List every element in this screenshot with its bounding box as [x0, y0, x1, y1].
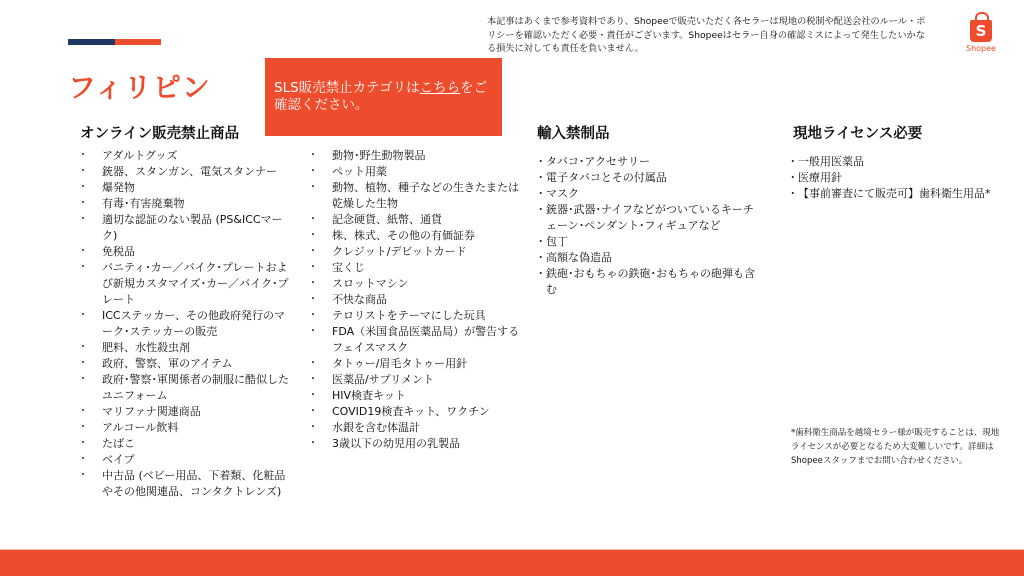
- license-footnote: *歯科衛生商品を越境セラー様が販売することは、現地ライセンスが必要となるため大変…: [791, 426, 1006, 468]
- list-item: 高額な偽造品: [540, 250, 755, 266]
- list-item: たばこ: [80, 436, 290, 452]
- notice-prefix: SLS販売禁止カテゴリは: [274, 80, 420, 96]
- list-item: 政府、警察、軍のアイテム: [80, 356, 290, 372]
- list-item: 医療用針: [792, 170, 1017, 186]
- list-item: 政府･警察･軍関係者の制服に酷似したユニフォーム: [80, 372, 290, 404]
- list-item: 鉄砲･おもちゃの鉄砲･おもちゃの砲弾も含む: [540, 266, 755, 298]
- list-item: タバコ･アクセサリー: [540, 154, 755, 170]
- list-item: 有毒･有害廃棄物: [80, 196, 290, 212]
- list-item: 爆発物: [80, 180, 290, 196]
- list-item: ベイプ: [80, 452, 290, 468]
- disclaimer-text: 本記事はあくまで参考資料であり、Shopeeで販売いただく各セラーは現地の税制や…: [487, 15, 927, 56]
- list-item: マスク: [540, 186, 755, 202]
- list-item: 動物、植物、種子などの生きたまたは乾燥した生物: [310, 180, 525, 212]
- heading-local-license: 現地ライセンス必要: [793, 122, 922, 143]
- list-item: 動物･野生動物製品: [310, 148, 525, 164]
- heading-import-prohibited: 輸入禁制品: [537, 122, 610, 143]
- list-item: 電子タバコとその付属品: [540, 170, 755, 186]
- accent-bar-navy: [68, 39, 115, 45]
- list-item: 一般用医薬品: [792, 154, 1017, 170]
- list-item: 記念硬貨、紙幣、通貨: [310, 212, 525, 228]
- list-item: 銃器･武器･ナイフなどがついているキーチェーン･ペンダント･フィギュアなど: [540, 202, 755, 234]
- list-item: 【事前審査にて販売可】歯科衛生用品*: [792, 186, 1017, 202]
- list-item: アダルトグッズ: [80, 148, 290, 164]
- list-item: 免税品: [80, 244, 290, 260]
- list-item: マリファナ関連商品: [80, 404, 290, 420]
- list-item: 医薬品/サプリメント: [310, 372, 525, 388]
- logo-glyph: S: [976, 22, 987, 40]
- shopping-bag-icon: S: [970, 20, 992, 42]
- shopee-logo: S Shopee: [966, 13, 996, 53]
- list-item: スロットマシン: [310, 276, 525, 292]
- list-item: ICCステッカー、その他政府発行のマーク･ステッカーの販売: [80, 308, 290, 340]
- list-item: タトゥー/眉毛タトゥー用針: [310, 356, 525, 372]
- heading-online-prohibited: オンライン販売禁止商品: [80, 122, 239, 143]
- list-item: COVID19検査キット、ワクチン: [310, 404, 525, 420]
- list-item: 肥料、水性殺虫剤: [80, 340, 290, 356]
- local-license-list: 一般用医薬品 医療用針 【事前審査にて販売可】歯科衛生用品*: [792, 154, 1017, 202]
- accent-bar: [68, 39, 161, 45]
- list-item: 株、株式、その他の有価証券: [310, 228, 525, 244]
- online-prohibited-list-2: 動物･野生動物製品 ペット用薬 動物、植物、種子などの生きたまたは乾燥した生物 …: [310, 148, 525, 452]
- list-item: 包丁: [540, 234, 755, 250]
- sls-notice-box: SLS販売禁止カテゴリはこちらをご確認ください。: [265, 58, 502, 136]
- list-item: 適切な認証のない製品 (PS&ICCマーク): [80, 212, 290, 244]
- page-title: フィリピン: [68, 66, 211, 106]
- accent-bar-orange: [115, 39, 162, 45]
- list-item: アルコール飲料: [80, 420, 290, 436]
- list-item: テロリストをテーマにした玩具: [310, 308, 525, 324]
- list-item: FDA（米国食品医薬品局）が警告するフェイスマスク: [310, 324, 525, 356]
- notice-link[interactable]: こちら: [420, 80, 461, 96]
- footer-bar: [0, 549, 1024, 576]
- import-prohibited-list: タバコ･アクセサリー 電子タバコとその付属品 マスク 銃器･武器･ナイフなどがつ…: [540, 154, 755, 298]
- online-prohibited-list-1: アダルトグッズ 銃器、スタンガン、電気スタンナー 爆発物 有毒･有害廃棄物 適切…: [80, 148, 290, 500]
- list-item: 不快な商品: [310, 292, 525, 308]
- list-item: ペット用薬: [310, 164, 525, 180]
- list-item: HIV検査キット: [310, 388, 525, 404]
- list-item: 宝くじ: [310, 260, 525, 276]
- logo-label: Shopee: [966, 44, 996, 53]
- list-item: 水銀を含む体温計: [310, 420, 525, 436]
- list-item: 中古品 (ベビー用品、下着類、化粧品やその他関連品、コンタクトレンズ): [80, 468, 290, 500]
- list-item: 3歳以下の幼児用の乳製品: [310, 436, 525, 452]
- list-item: 銃器、スタンガン、電気スタンナー: [80, 164, 290, 180]
- list-item: バニティ･カー／バイク･プレートおよび新規カスタマイズ･カー／バイク･プレート: [80, 260, 290, 308]
- list-item: クレジット/デビットカード: [310, 244, 525, 260]
